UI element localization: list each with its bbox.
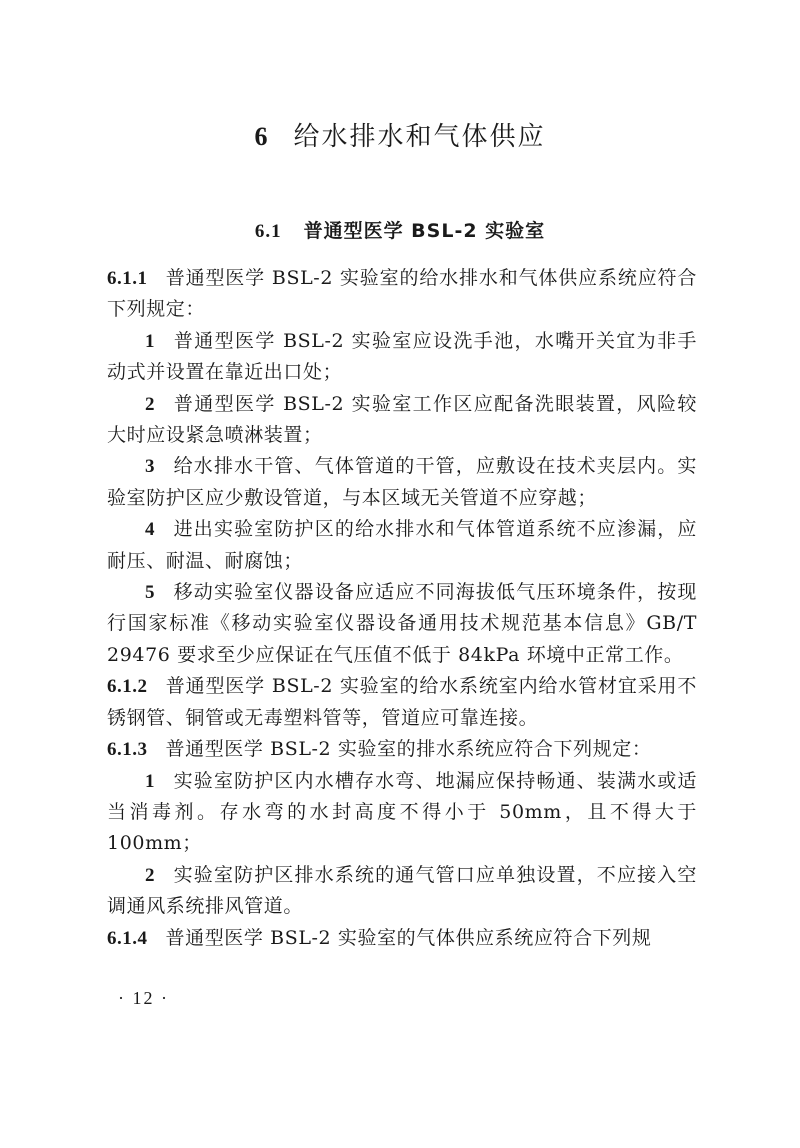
item-number: 4 [145, 519, 155, 540]
list-item: 5移动实验室仪器设备应适应不同海拔低气压环境条件，按现行国家标准《移动实验室仪器… [107, 577, 697, 671]
clause-number: 6.1.1 [107, 268, 148, 289]
item-number: 2 [145, 394, 155, 415]
list-item: 2普通型医学 BSL-2 实验室工作区应配备洗眼装置，风险较大时应设紧急喷淋装置… [107, 389, 697, 452]
item-number: 3 [145, 456, 155, 477]
item-number: 5 [145, 582, 155, 603]
list-item: 1实验室防护区内水槽存水弯、地漏应保持畅通、装满水或适当消毒剂。存水弯的水封高度… [107, 766, 697, 860]
list-item: 3给水排水干管、气体管道的干管，应敷设在技术夹层内。实验室防护区应少敷设管道，与… [107, 451, 697, 514]
item-text: 普通型医学 BSL-2 实验室应设洗手池，水嘴开关宜为非手动式并设置在靠近出口处… [107, 330, 697, 383]
item-text: 移动实验室仪器设备应适应不同海拔低气压环境条件，按现行国家标准《移动实验室仪器设… [107, 581, 697, 666]
clause-text: 普通型医学 BSL-2 实验室的排水系统应符合下列规定： [166, 738, 652, 760]
document-body: 6.1.1普通型医学 BSL-2 实验室的给水排水和气体供应系统应符合下列规定：… [107, 263, 697, 954]
list-item: 2实验室防护区排水系统的通气管口应单独设置，不应接入空调通风系统排风管道。 [107, 860, 697, 923]
item-text: 实验室防护区内水槽存水弯、地漏应保持畅通、装满水或适当消毒剂。存水弯的水封高度不… [107, 770, 697, 855]
clause-number: 6.1.4 [107, 928, 148, 949]
item-text: 进出实验室防护区的给水排水和气体管道系统不应渗漏，应耐压、耐温、耐腐蚀； [107, 518, 697, 571]
clause-text: 普通型医学 BSL-2 实验室的给水排水和气体供应系统应符合下列规定： [107, 267, 697, 320]
list-item: 1普通型医学 BSL-2 实验室应设洗手池，水嘴开关宜为非手动式并设置在靠近出口… [107, 326, 697, 389]
section-title-text: 普通型医学 BSL-2 实验室 [304, 220, 546, 242]
chapter-title-text: 给水排水和气体供应 [293, 122, 545, 152]
clause-6-1-4: 6.1.4普通型医学 BSL-2 实验室的气体供应系统应符合下列规 [107, 923, 697, 954]
item-text: 实验室防护区排水系统的通气管口应单独设置，不应接入空调通风系统排风管道。 [107, 864, 697, 917]
item-text: 给水排水干管、气体管道的干管，应敷设在技术夹层内。实验室防护区应少敷设管道，与本… [107, 455, 697, 508]
clause-6-1-3: 6.1.3普通型医学 BSL-2 实验室的排水系统应符合下列规定： [107, 734, 697, 765]
section-title: 6.1普通型医学 BSL-2 实验室 [0, 216, 800, 247]
item-number: 2 [145, 865, 155, 886]
clause-number: 6.1.2 [107, 676, 148, 697]
chapter-title: 6给水排水和气体供应 [0, 115, 800, 159]
item-number: 1 [145, 771, 155, 792]
chapter-number: 6 [254, 122, 269, 151]
clause-6-1-1: 6.1.1普通型医学 BSL-2 实验室的给水排水和气体供应系统应符合下列规定： [107, 263, 697, 326]
clause-text: 普通型医学 BSL-2 实验室的气体供应系统应符合下列规 [166, 927, 652, 949]
section-number: 6.1 [255, 221, 282, 242]
page-number: · 12 · [118, 988, 169, 1009]
clause-text: 普通型医学 BSL-2 实验室的给水系统室内给水管材宜采用不锈钢管、铜管或无毒塑… [107, 675, 697, 728]
clause-6-1-2: 6.1.2普通型医学 BSL-2 实验室的给水系统室内给水管材宜采用不锈钢管、铜… [107, 671, 697, 734]
clause-number: 6.1.3 [107, 739, 148, 760]
list-item: 4进出实验室防护区的给水排水和气体管道系统不应渗漏，应耐压、耐温、耐腐蚀； [107, 514, 697, 577]
item-text: 普通型医学 BSL-2 实验室工作区应配备洗眼装置，风险较大时应设紧急喷淋装置； [107, 393, 697, 446]
item-number: 1 [145, 331, 155, 352]
